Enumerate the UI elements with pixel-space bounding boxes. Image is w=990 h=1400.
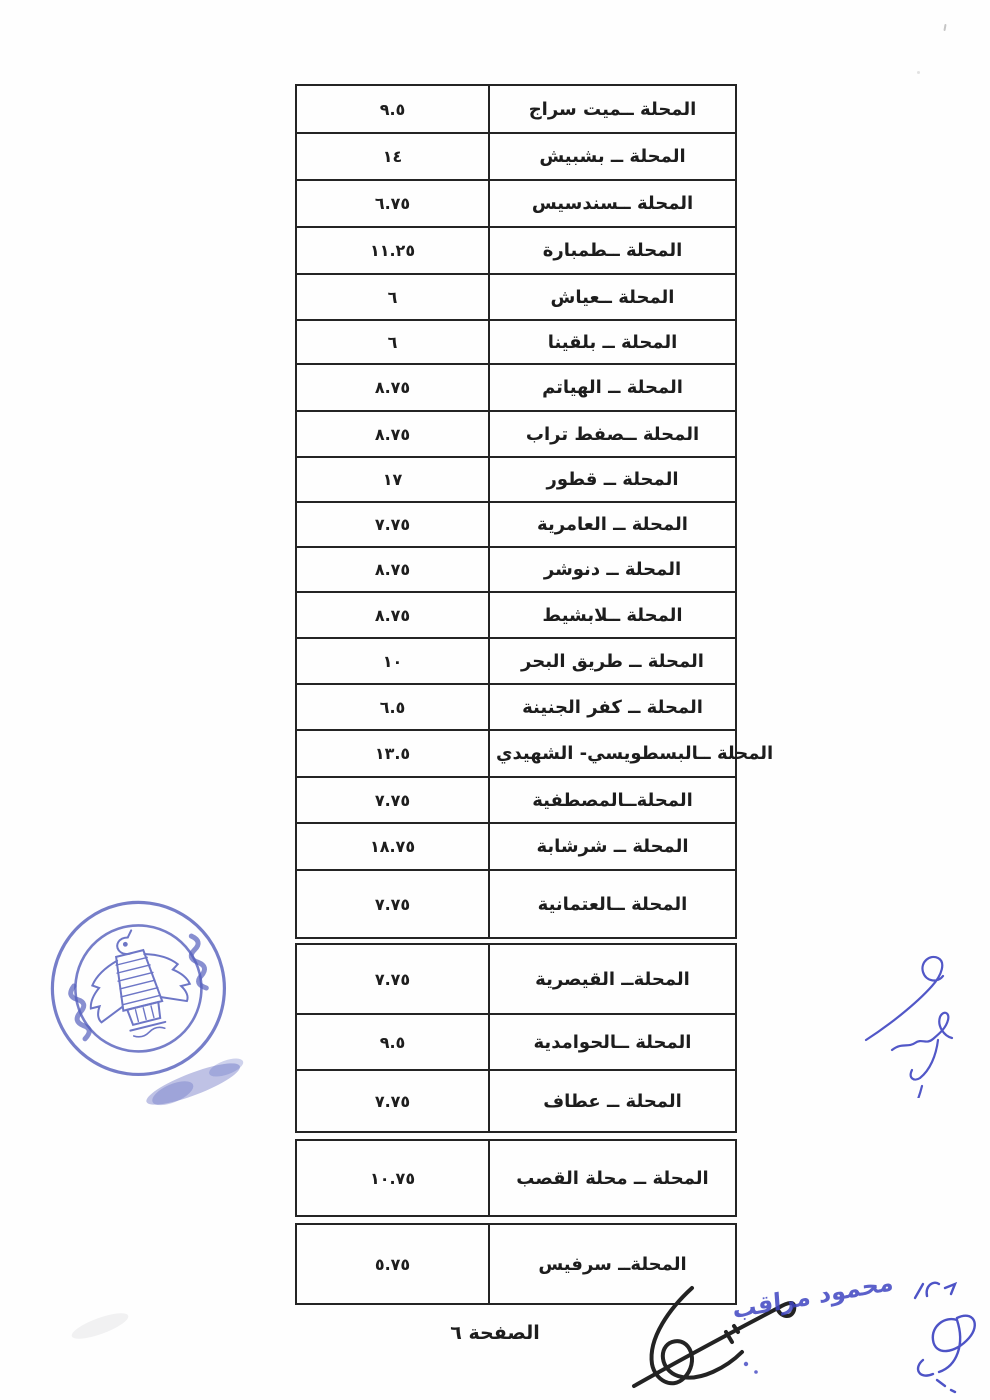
- table-row: ٦.٥المحلة ــ كفر الجنينة: [295, 683, 737, 731]
- route-name-cell: المحلة ــلابشيط: [490, 593, 735, 637]
- fare-value-cell: ٦.٥: [297, 685, 490, 729]
- route-name-cell: المحلة ــ طريق البحر: [490, 639, 735, 683]
- route-name-cell: المحلة ــ محلة القصب: [490, 1141, 735, 1215]
- route-name-cell: المحلة ــالحوامدية: [490, 1015, 735, 1069]
- fare-table: ٩.٥المحلة ــميت سراج١٤المحلة ــ بشبيش٦.٧…: [295, 86, 737, 1305]
- fare-value-cell: ٨.٧٥: [297, 548, 490, 591]
- route-name-cell: المحلة ــسندسيس: [490, 181, 735, 226]
- fare-value-cell: ١٤: [297, 134, 490, 179]
- table-row: ١٤المحلة ــ بشبيش: [295, 132, 737, 181]
- fare-value-cell: ٦.٧٥: [297, 181, 490, 226]
- fare-value-cell: ٦: [297, 275, 490, 319]
- route-name-cell: المحلة ــ بلقينا: [490, 321, 735, 363]
- fare-value-cell: ٧.٧٥: [297, 503, 490, 546]
- table-row: ٧.٧٥المحلة ــ العامرية: [295, 501, 737, 548]
- table-row: ١٠.٧٥المحلة ــ محلة القصب: [295, 1139, 737, 1217]
- route-name-cell: المحلة ــطمبارة: [490, 228, 735, 273]
- route-name-cell: المحلة ــ العامرية: [490, 503, 735, 546]
- government-stamp-seal: [17, 871, 278, 1150]
- route-name-cell: المحلة ــ الهياتم: [490, 365, 735, 410]
- table-row: ٧.٧٥المحلةــ القيصرية: [295, 943, 737, 1015]
- signature-middle-right: [858, 938, 968, 1098]
- fare-value-cell: ١١.٢٥: [297, 228, 490, 273]
- stamp-outer-ring: [34, 884, 243, 1093]
- table-row: ٨.٧٥المحلة ــصفط تراب: [295, 410, 737, 458]
- table-row: ٦.٧٥المحلة ــسندسيس: [295, 179, 737, 228]
- scan-speck: [917, 71, 920, 74]
- route-name-cell: المحلة ــميت سراج: [490, 86, 735, 132]
- fare-value-cell: ١٧: [297, 458, 490, 501]
- route-name-cell: المحلة ــ بشبيش: [490, 134, 735, 179]
- table-row: ١٠المحلة ــ طريق البحر: [295, 637, 737, 685]
- fare-value-cell: ٨.٧٥: [297, 365, 490, 410]
- fare-value-cell: ٦: [297, 321, 490, 363]
- fare-value-cell: ١٣.٥: [297, 731, 490, 776]
- fare-value-cell: ٨.٧٥: [297, 412, 490, 456]
- scanned-document-page: ٩.٥المحلة ــميت سراج١٤المحلة ــ بشبيش٦.٧…: [0, 0, 990, 1400]
- fare-value-cell: ٥.٧٥: [297, 1225, 490, 1303]
- route-name-cell: المحلةــ القيصرية: [490, 945, 735, 1013]
- table-row: ١٣.٥المحلة ــالبسطويسي- الشهيدي: [295, 729, 737, 778]
- fare-value-cell: ٧.٧٥: [297, 871, 490, 937]
- route-name-cell: المحلة ــالعتمانية: [490, 871, 735, 937]
- table-row: ٧.٧٥المحلةــالمصطفية: [295, 776, 737, 824]
- route-name-cell: المحلة ــ شرشابة: [490, 824, 735, 869]
- route-name-cell: المحلة ــ عطاف: [490, 1071, 735, 1131]
- route-name-cell: المحلة ــعياش: [490, 275, 735, 319]
- fare-value-cell: ٨.٧٥: [297, 593, 490, 637]
- fare-value-cell: ١٠: [297, 639, 490, 683]
- table-row: ٧.٧٥المحلة ــالعتمانية: [295, 869, 737, 939]
- scan-speck: [943, 24, 946, 31]
- eagle-emblem-icon: [75, 920, 199, 1047]
- route-name-cell: المحلة ــالبسطويسي- الشهيدي: [490, 731, 779, 776]
- table-row: ٨.٧٥المحلة ــ الهياتم: [295, 363, 737, 412]
- table-row: ١٨.٧٥المحلة ــ شرشابة: [295, 822, 737, 871]
- table-row: ٦المحلة ــعياش: [295, 273, 737, 321]
- table-row: ٧.٧٥المحلة ــ عطاف: [295, 1069, 737, 1133]
- route-name-cell: المحلة ــ قطور: [490, 458, 735, 501]
- fare-value-cell: ٩.٥: [297, 86, 490, 132]
- table-row: ١٧المحلة ــ قطور: [295, 456, 737, 503]
- fare-value-cell: ١٨.٧٥: [297, 824, 490, 869]
- route-name-cell: المحلة ــ كفر الجنينة: [490, 685, 735, 729]
- fare-value-cell: ٧.٧٥: [297, 945, 490, 1013]
- route-name-cell: المحلة ــ دنوشر: [490, 548, 735, 591]
- fare-value-cell: ٧.٧٥: [297, 778, 490, 822]
- fare-value-cell: ١٠.٧٥: [297, 1141, 490, 1215]
- table-row: ٦المحلة ــ بلقينا: [295, 319, 737, 365]
- fare-value-cell: ٩.٥: [297, 1015, 490, 1069]
- route-name-cell: المحلة ــصفط تراب: [490, 412, 735, 456]
- ink-smudge: [140, 1054, 251, 1113]
- page-number-footer: الصفحة ٦: [0, 1322, 990, 1344]
- table-row: ٩.٥المحلة ــالحوامدية: [295, 1013, 737, 1071]
- route-name-cell: المحلةــالمصطفية: [490, 778, 735, 822]
- fare-value-cell: ٧.٧٥: [297, 1071, 490, 1131]
- table-row: ٨.٧٥المحلة ــ دنوشر: [295, 546, 737, 593]
- table-row: ٨.٧٥المحلة ــلابشيط: [295, 591, 737, 639]
- table-row: ٩.٥المحلة ــميت سراج: [295, 84, 737, 134]
- table-row: ١١.٢٥المحلة ــطمبارة: [295, 226, 737, 275]
